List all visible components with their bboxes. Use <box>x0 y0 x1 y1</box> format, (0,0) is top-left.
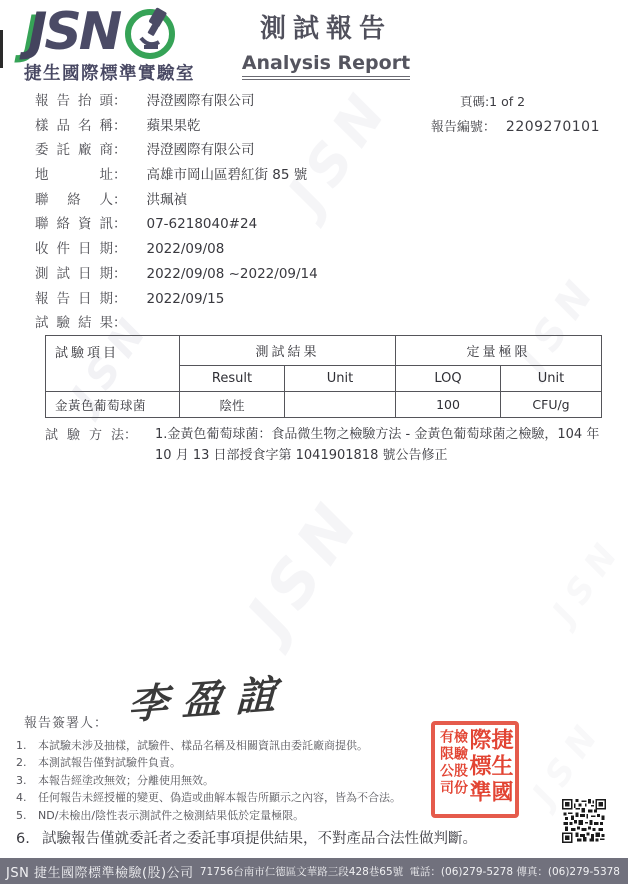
signatory-label: 報告簽署人： <box>24 712 108 731</box>
footer-company-name: JSN 捷生國際標準檢驗(股)公司 <box>6 862 194 881</box>
info-colon: ： <box>113 89 127 109</box>
table-subheader-loq-unit: Unit <box>501 366 602 392</box>
page-number: 頁碼:1 of 2 <box>415 92 600 110</box>
report-title-block: 測試報告 Analysis Report <box>226 8 426 80</box>
info-colon: ： <box>113 287 127 307</box>
jsn-watermark: JSN <box>544 529 628 631</box>
footnote-text: 任何報告未經授權的變更、偽造或曲解本報告所顯示之內容，皆為不合法。 <box>38 789 401 806</box>
info-row-address: 地址：高雄市岡山區碧紅街 85 號 <box>35 163 435 188</box>
report-page: JSN JSN JSN JSN JSN JSN JSN 捷生國際標準實驗室 測試… <box>0 0 628 890</box>
info-row-report-date: 報告日期：2022/09/15 <box>35 287 435 312</box>
info-row-test-date: 測試日期：2022/09/08 ~2022/09/14 <box>35 262 435 287</box>
info-colon: ： <box>113 138 127 158</box>
info-value: 蘋果果乾 <box>147 114 201 134</box>
info-value: 07-6218040#24 <box>147 216 258 232</box>
info-row-client: 委託廠商：淂澄國際有限公司 <box>35 138 435 163</box>
info-row-sample-name: 樣品名稱：蘋果果乾 <box>35 114 435 139</box>
info-row-contact-info: 聯絡資訊：07-6218040#24 <box>35 212 435 237</box>
test-method-label: 試驗方法 <box>45 424 124 466</box>
info-value: 2022/09/08 ~2022/09/14 <box>147 266 318 282</box>
footnote-1: 1.本試驗未涉及抽樣，試驗件、樣品名稱及相關資訊由委託廠商提供。 <box>16 737 616 754</box>
table-subheader-result-unit: Unit <box>285 366 396 392</box>
table-row: 金黃色葡萄球菌 陰性 100 CFU/g <box>46 392 602 418</box>
info-value: 2022/09/08 <box>147 241 225 257</box>
table-header-result-group: 測試結果 <box>180 336 396 366</box>
report-info: 報告抬頭：淂澄國際有限公司 樣品名稱：蘋果果乾 委託廠商：淂澄國際有限公司 地址… <box>35 89 435 336</box>
info-label: 聯絡人 <box>35 188 113 208</box>
footnote-text: 本試驗未涉及抽樣，試驗件、樣品名稱及相關資訊由委託廠商提供。 <box>38 737 368 754</box>
info-colon: ： <box>113 262 127 282</box>
table-header-loq-group: 定量極限 <box>396 336 602 366</box>
seal-column-2: 際標準 <box>467 728 489 811</box>
test-method-text: 1.金黃色葡萄球菌：食品微生物之檢驗方法 - 金黃色葡萄球菌之檢驗，104 年 … <box>155 424 601 466</box>
info-colon: ： <box>113 311 127 331</box>
info-colon: ： <box>113 188 127 208</box>
signature-handwriting: 李盈誼 <box>127 662 291 731</box>
lab-name: 捷生國際標準實驗室 <box>24 60 195 85</box>
test-method: 試驗方法： 1.金黃色葡萄球菌：食品微生物之檢驗方法 - 金黃色葡萄球菌之檢驗，… <box>45 424 601 466</box>
info-label: 試驗結果 <box>35 311 113 331</box>
jsn-logo: JSN <box>28 2 179 62</box>
info-label: 報告抬頭 <box>35 89 113 109</box>
jsn-logo-letters: JSN <box>28 3 119 61</box>
info-label: 測試日期 <box>35 262 113 282</box>
report-title-en: Analysis Report <box>242 52 410 80</box>
footnotes: 1.本試驗未涉及抽樣，試驗件、樣品名稱及相關資訊由委託廠商提供。 2.本測試報告… <box>16 737 616 850</box>
info-label: 地址 <box>35 163 113 183</box>
table-cell-loq: 100 <box>396 392 501 418</box>
report-number-label: 報告編號： <box>431 116 496 135</box>
table-subheader-result: Result <box>180 366 285 392</box>
info-colon: ： <box>113 114 127 134</box>
seal-column-3: 檢驗股份 <box>453 728 467 811</box>
info-row-test-results: 試驗結果： <box>35 311 435 336</box>
table-header-item: 試驗項目 <box>46 336 180 392</box>
info-value: 淂澄國際有限公司 <box>147 89 255 109</box>
info-row-report-header: 報告抬頭：淂澄國際有限公司 <box>35 89 435 114</box>
footnote-3: 3.本報告經塗改無效；分離使用無效。 <box>16 772 616 789</box>
footnote-number: 5. <box>16 807 38 824</box>
info-label: 樣品名稱 <box>35 114 113 134</box>
info-value: 高雄市岡山區碧紅街 85 號 <box>147 163 308 183</box>
footnote-text: 試驗報告僅就委託者之委託事項提供結果，不對產品合法性做判斷。 <box>42 828 477 850</box>
info-label: 報告日期 <box>35 287 113 307</box>
microscope-icon <box>121 4 179 62</box>
footnote-6: 6.試驗報告僅就委託者之委託事項提供結果，不對產品合法性做判斷。 <box>16 828 616 850</box>
footnote-number: 6. <box>16 828 42 850</box>
jsn-logo-letters-sn: SN <box>44 2 119 62</box>
footnote-number: 4. <box>16 789 38 806</box>
footnote-4: 4.任何報告未經授權的變更、偽造或曲解本報告所顯示之內容，皆為不合法。 <box>16 789 616 806</box>
jsn-watermark: JSN <box>233 484 377 649</box>
table-cell-loq-unit: CFU/g <box>501 392 602 418</box>
footnote-number: 1. <box>16 737 38 754</box>
footnote-number: 2. <box>16 754 38 771</box>
qr-code <box>562 799 606 843</box>
report-title-cn: 測試報告 <box>226 8 426 45</box>
info-label: 委託廠商 <box>35 138 113 158</box>
table-subheader-loq: LOQ <box>396 366 501 392</box>
table-cell-item: 金黃色葡萄球菌 <box>46 392 180 418</box>
info-value: 淂澄國際有限公司 <box>147 138 255 158</box>
info-label: 聯絡資訊 <box>35 212 113 232</box>
company-seal-stamp: 捷生國 際標準 檢驗股份 有限公司 <box>431 721 519 818</box>
report-meta: 頁碼:1 of 2 報告編號： 2209270101 <box>415 92 600 135</box>
info-colon: ： <box>113 163 127 183</box>
info-row-contact-person: 聯絡人：洪珮禎 <box>35 188 435 213</box>
report-number-value: 2209270101 <box>506 119 600 135</box>
info-colon: ： <box>113 212 127 232</box>
footer-phone-fax: 電話：(06)279-5278 傳真：(06)279-5378 <box>409 864 620 879</box>
results-table: 試驗項目 測試結果 定量極限 Result Unit LOQ Unit 金黃色葡… <box>45 335 602 418</box>
info-value: 2022/09/15 <box>147 291 225 307</box>
scan-artifact <box>0 30 3 68</box>
footnote-number: 3. <box>16 772 38 789</box>
footnote-2: 2.本測試報告僅對試驗件負責。 <box>16 754 616 771</box>
info-label: 收件日期 <box>35 237 113 257</box>
table-header-row-1: 試驗項目 測試結果 定量極限 <box>46 336 602 366</box>
info-row-received-date: 收件日期：2022/09/08 <box>35 237 435 262</box>
info-value: 洪珮禎 <box>147 188 188 208</box>
info-colon: ： <box>113 237 127 257</box>
footnote-5: 5.ND/未檢出/陰性表示測試件之檢測結果低於定量極限。 <box>16 807 616 824</box>
footer-address: 71756台南市仁德區文華路三段428巷65號 <box>200 864 403 879</box>
table-cell-result-unit <box>285 392 396 418</box>
report-number-row: 報告編號： 2209270101 <box>415 116 600 135</box>
footnote-text: 本測試報告僅對試驗件負責。 <box>38 754 181 771</box>
test-method-colon: ： <box>124 424 137 466</box>
footnote-text: 本報告經塗改無效；分離使用無效。 <box>38 772 214 789</box>
table-cell-result: 陰性 <box>180 392 285 418</box>
jsn-logo-letter-j: J <box>28 2 44 62</box>
footer-bar: JSN 捷生國際標準檢驗(股)公司 71756台南市仁德區文華路三段428巷65… <box>0 858 628 884</box>
footnote-text: ND/未檢出/陰性表示測試件之檢測結果低於定量極限。 <box>38 807 304 824</box>
seal-column-4: 有限公司 <box>439 728 453 811</box>
seal-column-1: 捷生國 <box>489 728 511 811</box>
